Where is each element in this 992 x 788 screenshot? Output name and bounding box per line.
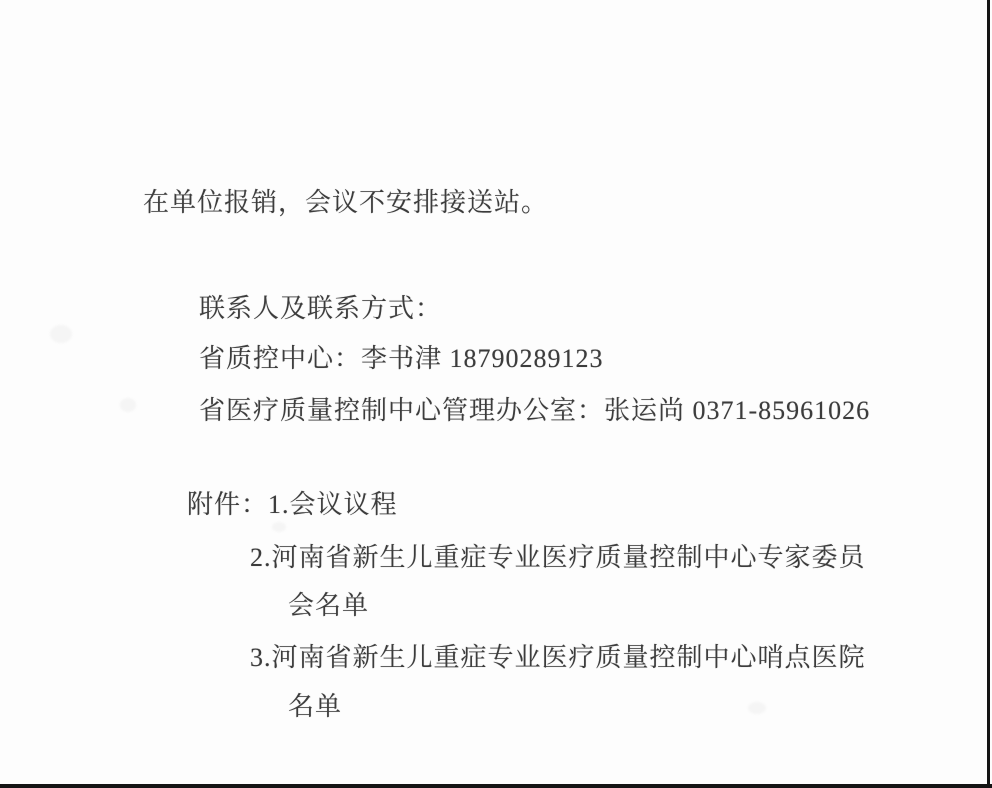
scan-artifact	[748, 702, 766, 714]
attachment-2-line-1: 2.河南省新生儿重症专业医疗质量控制中心专家委员	[250, 543, 866, 573]
attachments-line-1: 附件：1.会议议程	[187, 490, 398, 520]
attachment-3-line-2: 名单	[288, 692, 342, 722]
scan-artifact	[50, 325, 72, 343]
scan-artifact	[120, 398, 136, 412]
contact-line-admin-office: 省医疗质量控制中心管理办公室：张运尚 0371-85961026	[199, 396, 870, 426]
document-page: 在单位报销，会议不安排接送站。 联系人及联系方式： 省质控中心：李书津 1879…	[0, 0, 992, 788]
attachment-2-line-2: 会名单	[288, 591, 369, 621]
body-text-line: 在单位报销，会议不安排接送站。	[143, 188, 548, 218]
attachment-3-line-1: 3.河南省新生儿重症专业医疗质量控制中心哨点医院	[250, 643, 866, 673]
attachment-1-title: 1.会议议程	[268, 490, 398, 519]
contact-line-qc-center: 省质控中心：李书津 18790289123	[199, 344, 604, 374]
scan-edge-right	[987, 0, 990, 788]
scan-artifact	[272, 522, 286, 532]
contact-heading: 联系人及联系方式：	[199, 294, 442, 324]
scan-edge-bottom	[0, 784, 992, 788]
attachments-label: 附件：	[187, 490, 268, 519]
